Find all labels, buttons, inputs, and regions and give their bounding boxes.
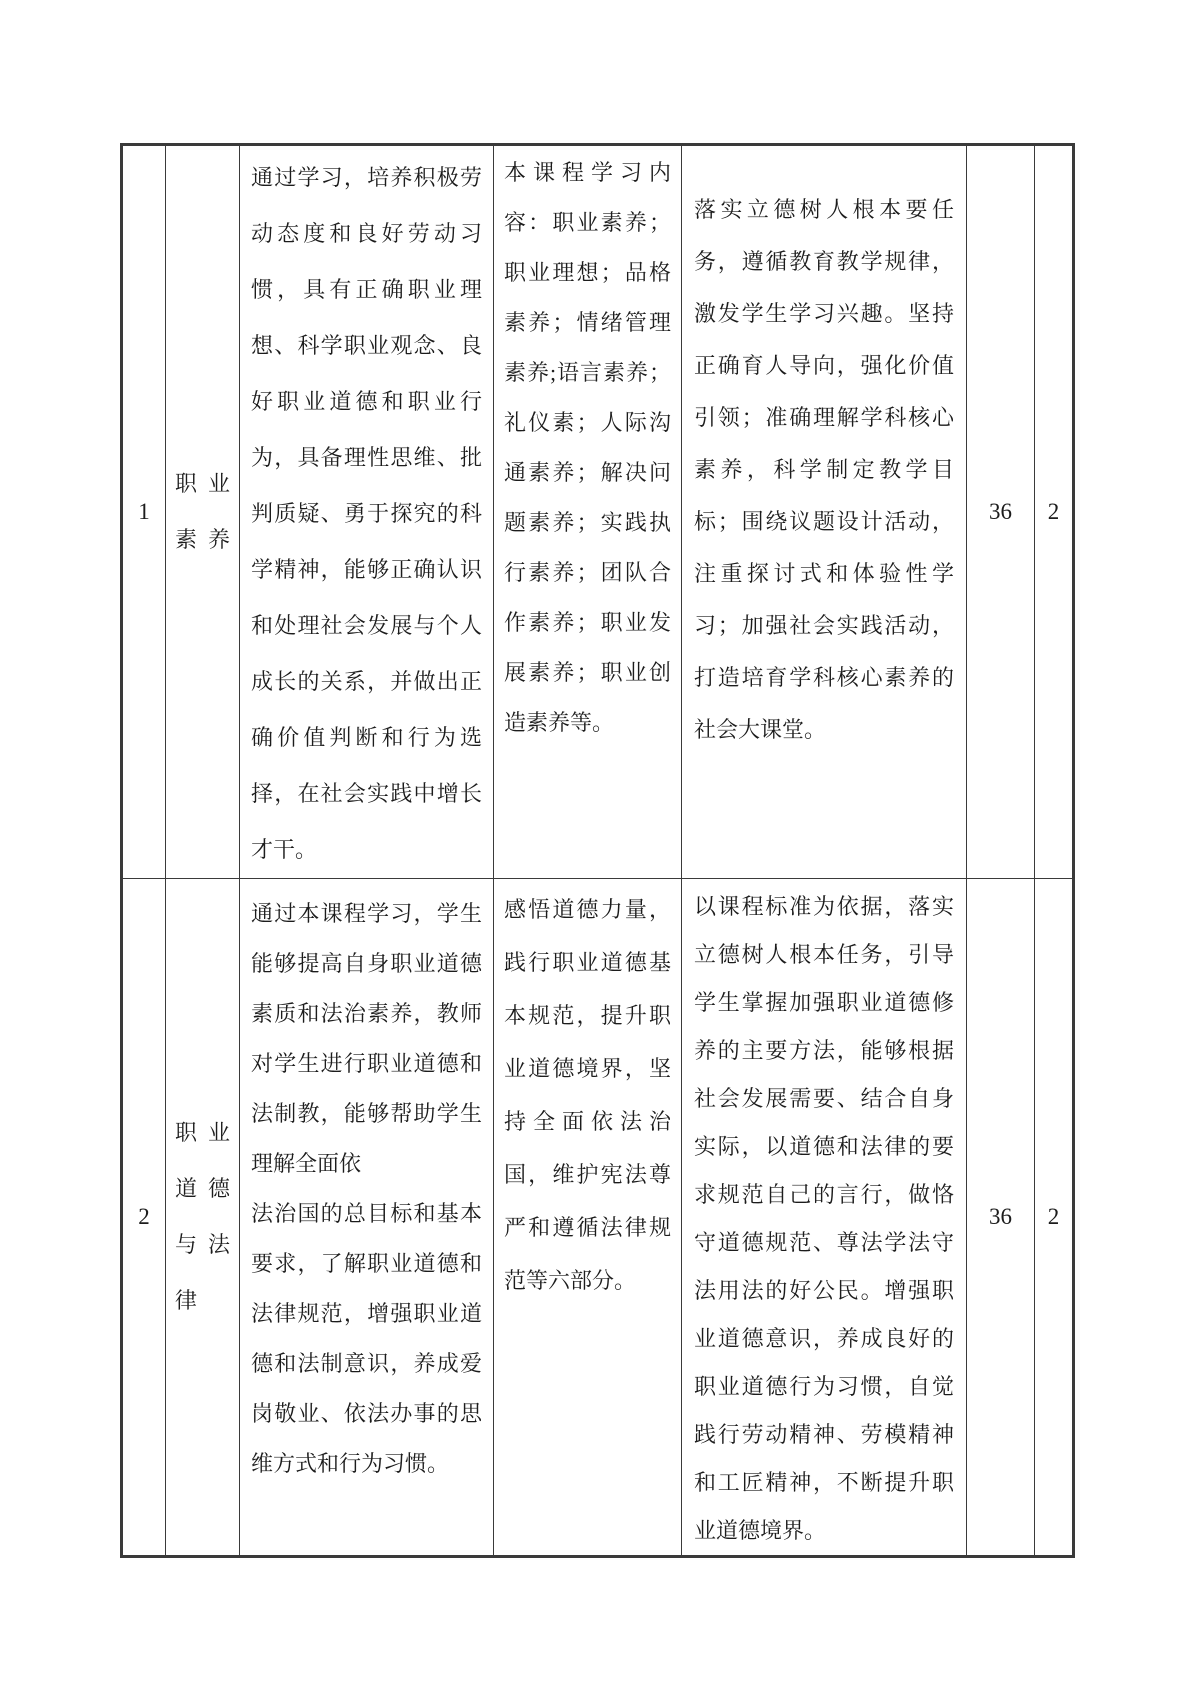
implementation-cell: 以课程标准为依据，落实立德树人根本任务，引导学生掌握加强职业道德修养的主要方法，… xyxy=(682,879,967,1557)
hours-cell: 36 xyxy=(967,145,1035,879)
table-row: 2 职业道德与法律 通过本课程学习，学生能够提高自身职业道德素质和法治素养，教师… xyxy=(122,879,1074,1557)
training-objective-cell: 通过本课程学习，学生能够提高自身职业道德素质和法治素养，教师对学生进行职业道德和… xyxy=(240,879,494,1557)
course-name-cell: 职业素养 xyxy=(166,145,240,879)
credits-cell: 2 xyxy=(1035,145,1074,879)
hours-cell: 36 xyxy=(967,879,1035,1557)
row-index-cell: 2 xyxy=(122,879,166,1557)
implementation-cell: 落实立德树人根本要任务，遵循教育教学规律，激发学生学习兴趣。坚持正确育人导向，强… xyxy=(682,145,967,879)
credits-cell: 2 xyxy=(1035,879,1074,1557)
course-content-cell: 本课程学习内容：职业素养；职业理想；品格素养；情绪管理素养;语言素养；礼仪素；人… xyxy=(494,145,682,879)
table-row: 1 职业素养 通过学习，培养积极劳动态度和良好劳动习惯，具有正确职业理想、科学职… xyxy=(122,145,1074,879)
training-objective-cell: 通过学习，培养积极劳动态度和良好劳动习惯，具有正确职业理想、科学职业观念、良好职… xyxy=(240,145,494,879)
course-name-cell: 职业道德与法律 xyxy=(166,879,240,1557)
course-syllabus-table: 1 职业素养 通过学习，培养积极劳动态度和良好劳动习惯，具有正确职业理想、科学职… xyxy=(120,143,1075,1558)
row-index-cell: 1 xyxy=(122,145,166,879)
course-content-cell: 感悟道德力量，践行职业道德基本规范，提升职业道德境界，坚持全面依法治国，维护宪法… xyxy=(494,879,682,1557)
